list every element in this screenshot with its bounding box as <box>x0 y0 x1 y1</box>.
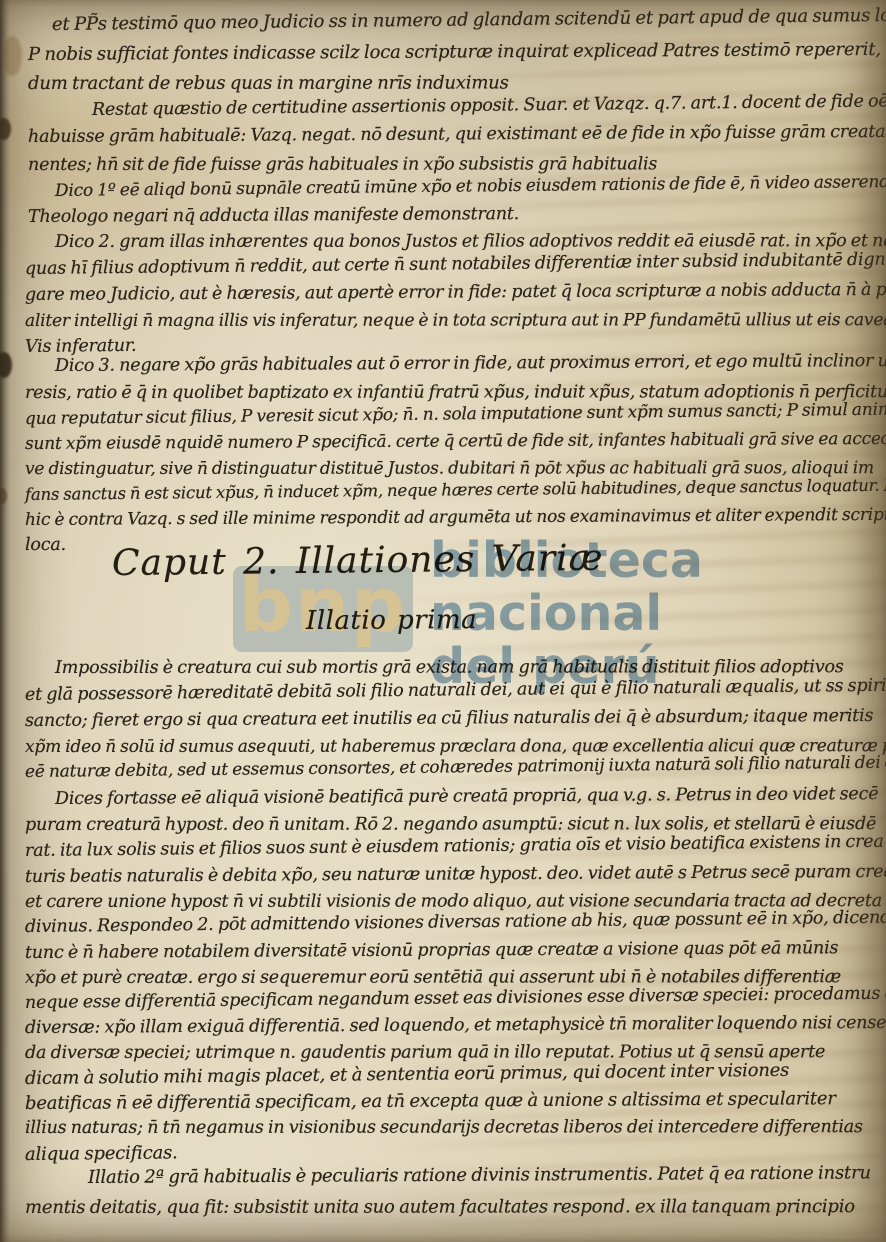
manuscript-line: beatificas n̄ eē differentiā specificam,… <box>25 1088 836 1114</box>
manuscript-line: et glā possessorē hæreditatē debitā soli… <box>25 675 886 705</box>
manuscript-line: hic è contra Vazq. s sed ille minime res… <box>25 505 886 530</box>
manuscript-line: Vis inferatur. <box>25 336 137 357</box>
manuscript-line: puram creaturā hypost. deo n̄ unitam. Rō… <box>25 814 876 835</box>
manuscript-line: divinus. Respondeo 2. pōt admittendo vis… <box>25 908 886 937</box>
manuscript-line: Dices fortasse eē aliquā visionē beatifi… <box>55 784 878 809</box>
manuscript-line: Restat quæstio de certitudine assertioni… <box>92 91 886 120</box>
manuscript-line: qua reputatur sicut filius, P veresit si… <box>25 399 886 429</box>
manuscript-line: P nobis sufficiat fontes indicasse scilz… <box>28 38 886 65</box>
manuscript-line: Illatio 2ª grā habitualis è peculiaris r… <box>88 1162 871 1188</box>
manuscript-line: Theologo negari nq̄ adducta illas manife… <box>28 204 519 227</box>
manuscript-line: resis, ratio ē q̄ in quolibet baptizato … <box>25 382 886 403</box>
manuscript-line: fans sanctus n̄ est sicut xp̃us, n̄ indu… <box>25 475 886 504</box>
manuscript-line: ve distinguatur, sive n̄ distinguatur di… <box>25 458 874 479</box>
manuscript-line: aliqua specificas. <box>25 1142 178 1165</box>
manuscript-line: sunt xp̃m eiusdē nquidē numero P specifi… <box>25 429 886 454</box>
handwritten-text-layer: et PP̃s testimō quo meo Judicio ss in nu… <box>0 0 886 1242</box>
manuscript-line: dicam à solutio mihi magis placet, et à … <box>25 1060 789 1089</box>
manuscript-line: loca. <box>25 535 66 555</box>
manuscript-line: diversæ: xp̃o illam exiguā differentiā. … <box>25 1013 886 1038</box>
manuscript-line: gare meo Judicio, aut è hæresis, aut ape… <box>25 280 886 305</box>
manuscript-line: Dico 3. negare xp̃o grās habituales aut … <box>55 351 886 376</box>
manuscript-line: habuisse grām habitualē: Vazq. negat. nō… <box>28 121 886 147</box>
manuscript-line: nentes; hn̄ sit de fide fuisse grās habi… <box>28 154 657 175</box>
manuscript-line: tunc è n̄ habere notabilem diversitatē v… <box>25 938 838 963</box>
manuscript-line: et PP̃s testimō quo meo Judicio ss in nu… <box>52 4 886 35</box>
manuscript-line: quas hī filius adoptivum n̄ reddit, aut … <box>25 250 886 279</box>
manuscript-line: Dico 2. gram illas inhærentes qua bonos … <box>55 231 886 252</box>
manuscript-line: illius naturas; n̄ tn̄ negamus in vision… <box>25 1117 863 1138</box>
manuscript-line: neque esse differentiā specificam negand… <box>25 984 886 1013</box>
manuscript-line: rat. ita lux solis suis et filios suos s… <box>25 832 884 861</box>
manuscript-page: et PP̃s testimō quo meo Judicio ss in nu… <box>0 0 886 1242</box>
manuscript-line: mentis deitatis, qua fit: subsistit unit… <box>25 1196 855 1218</box>
manuscript-line: turis beatis naturalis è debita xp̃o, se… <box>25 862 886 887</box>
manuscript-line: Impossibilis è creatura cui sub mortis g… <box>55 657 844 678</box>
section-heading: Illatio prima <box>306 605 477 636</box>
manuscript-line: dum tractant de rebus quas in margine nr… <box>28 72 509 94</box>
manuscript-line: sancto; fieret ergo si qua creatura eet … <box>25 706 873 731</box>
manuscript-line: Dico 1º eē aliqd bonū supnāle creatū imū… <box>55 171 886 201</box>
manuscript-line: aliter intelligi n̄ magna illis vis infe… <box>25 310 886 331</box>
chapter-heading: Caput 2. Illationes Variæ <box>112 538 604 584</box>
